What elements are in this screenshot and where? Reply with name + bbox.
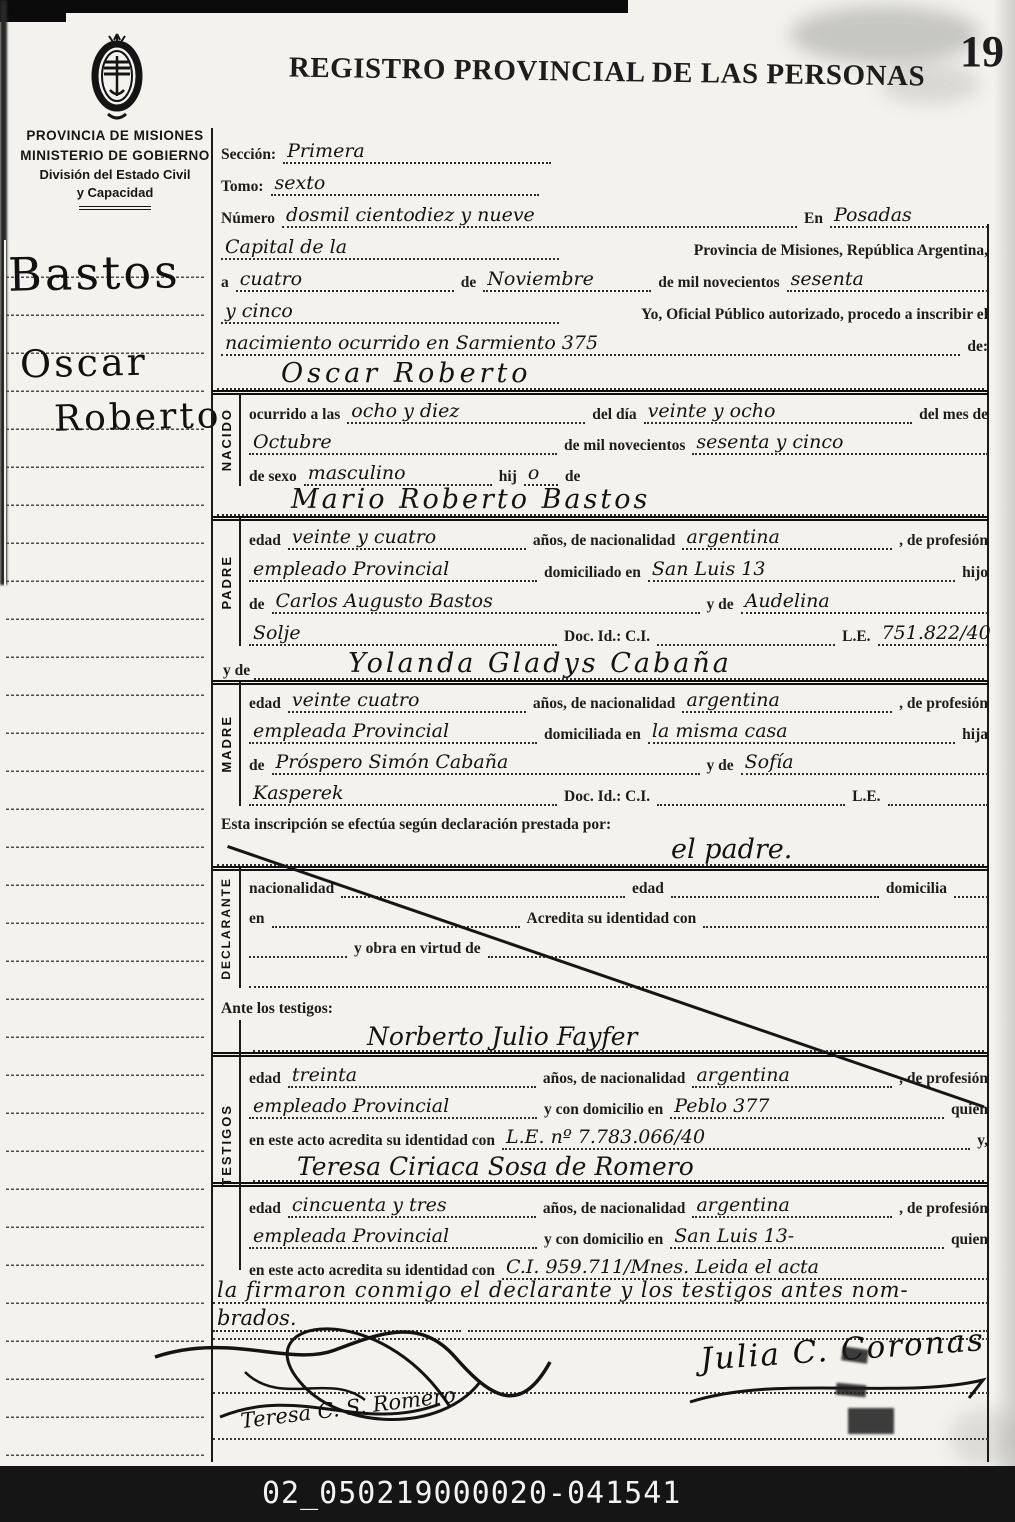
fecha-row: a cuatro de Noviembre de mil novecientos… [213, 260, 988, 292]
abuela-value: Sofía [745, 753, 794, 772]
declarante-label: DECLARANTE [219, 877, 233, 980]
nacionalidad-label: años, de nacionalidad [533, 532, 676, 550]
anio-field: sesenta [787, 270, 988, 292]
profesion-value: empleado Provincial [253, 1097, 449, 1116]
edad-field: veinte y cuatro [288, 528, 526, 550]
nacionalidad-field: argentina [692, 1196, 892, 1218]
testigo2-nombre: Teresa Ciriaca Sosa de Romero [297, 1154, 694, 1179]
doc-label: Doc. Id.: C.I. [564, 788, 650, 806]
abuelo-value: Próspero Simón Cabaña [276, 753, 509, 772]
numero-value: dosmil cientodiez y nueve [286, 206, 535, 225]
madre-doc-row: Kasperek Doc. Id.: C.I. L.E. [213, 775, 988, 806]
abuela-field: Sofía [741, 753, 988, 775]
tomo-field: sexto [271, 174, 539, 196]
edad-value: veinte y cuatro [292, 528, 436, 547]
testigos-label: TESTIGOS [219, 1104, 234, 1186]
testigo1-identidad-row: en este acto acredita su identidad con L… [213, 1119, 988, 1150]
padre-edad-row: edad veinte y cuatro años, de nacionalid… [213, 518, 988, 550]
footer-code: 02_050219000020-041541 [262, 1466, 681, 1522]
scan-shadow-right [993, 0, 1015, 1522]
padre-label: PADRE [219, 555, 234, 610]
anio-value: sesenta [791, 270, 864, 289]
padre-doc-row: Solje Doc. Id.: C.I. L.E. 751.822/40 [213, 614, 988, 646]
virtud-label: y obra en virtud de [354, 940, 481, 958]
nacionalidad-field: argentina [692, 1066, 892, 1088]
edad-label: edad [249, 1200, 281, 1218]
madre-domicilio-row: empleada Provincial domiciliada en la mi… [213, 713, 988, 744]
dia-value: veinte y ocho [648, 402, 776, 421]
abuela-cont-field: Solje [249, 624, 557, 646]
ante-label: Ante los testigos: [221, 1000, 333, 1018]
ci-blank-field [657, 643, 835, 646]
oficial-row: y cinco Yo, Oficial Público autorizado, … [213, 292, 988, 324]
declarante-field: el padre. [217, 836, 984, 866]
y-de-label: y de [707, 596, 734, 614]
abuelo-field: Próspero Simón Cabaña [272, 753, 700, 775]
hij-value: o [528, 464, 539, 483]
de-label: de [249, 757, 265, 775]
abuela-field: Audelina [741, 592, 988, 614]
profesion-value: empleado Provincial [253, 560, 449, 579]
novecientos-label: de mil novecientos [564, 437, 685, 455]
lugar-field: Posadas [830, 206, 988, 228]
mes-field: Noviembre [483, 270, 651, 292]
ci-blank-field [657, 803, 845, 806]
abuela-cont-field: Kasperek [249, 784, 557, 806]
nacionalidad-field: argentina [682, 691, 892, 713]
edad-field: cincuenta y tres [288, 1196, 536, 1218]
scanned-birth-certificate: 19 REGISTRO PROVINCIAL DE LAS PERSONAS P… [0, 0, 1015, 1522]
numero-label: Número [221, 210, 275, 228]
cierre-linea1: la firmaron conmigo el declarante y los … [217, 1280, 909, 1301]
hija-label: hija [962, 726, 988, 744]
profesion-label: , de profesión [899, 1070, 988, 1088]
madre-nombre: Yolanda Gladys Cabaña [348, 650, 732, 677]
nacido-section: NACIDO ocurrido a las ocho y diez del dí… [213, 393, 988, 486]
seccion-field: Primera [283, 142, 551, 164]
testigos-section: TESTIGOS Norberto Julio Fayfer edad trei… [213, 1020, 988, 1270]
en-label: en [249, 910, 265, 928]
profesion-field: empleado Provincial [249, 1097, 537, 1119]
testigo1-edad-row: edad treinta años, de nacionalidad argen… [213, 1057, 988, 1088]
domicilio-field: la misma casa [648, 722, 955, 744]
testigo2-name-field: Teresa Ciriaca Sosa de Romero [253, 1154, 984, 1182]
ante-row: Ante los testigos: [213, 996, 988, 1018]
domicilio-label: y con domicilio en [544, 1231, 663, 1249]
dia-field: veinte y ocho [644, 402, 912, 424]
extra-blank [249, 985, 988, 988]
nacionalidad-value: argentina [686, 691, 779, 710]
profesion-field: empleado Provincial [249, 560, 537, 582]
nacionalidad-label: nacionalidad [249, 880, 334, 898]
profesion-field: empleada Provincial [249, 722, 537, 744]
nacionalidad-value: argentina [696, 1196, 789, 1215]
capital-value: Capital de la [225, 238, 347, 257]
domicilia-label: domicilia [886, 880, 947, 898]
anio-cont-field: y cinco [221, 302, 559, 324]
provincia-label: Provincia de Misiones, República Argenti… [694, 242, 988, 260]
hora-field: ocho y diez [347, 402, 585, 424]
testigos-label-strip: TESTIGOS [213, 1020, 241, 1270]
hecho-row: nacimiento ocurrido en Sarmiento 375 de: [213, 324, 988, 356]
edad-field: veinte cuatro [288, 691, 526, 713]
madre-label-strip: MADRE [213, 682, 241, 806]
le-value: 751.822/40 [882, 624, 991, 643]
dia-value: cuatro [240, 270, 302, 289]
nacido-sexo-row: de sexo masculino hij o de [213, 455, 988, 486]
edad-label: edad [249, 532, 281, 550]
abuela-cont-value: Solje [253, 624, 301, 643]
hij-field: o [524, 464, 558, 486]
nacido-label-strip: NACIDO [213, 393, 241, 486]
abuela-cont-value: Kasperek [253, 784, 344, 803]
page-number: 19 [960, 26, 1004, 77]
oficial-label: Yo, Oficial Público autorizado, procedo … [641, 306, 988, 324]
lugar-value: Posadas [834, 206, 912, 225]
padre-name-field: Mario Roberto Bastos [217, 486, 984, 516]
intro-row: Esta inscripción se efectúa según declar… [213, 810, 988, 834]
double-underline [79, 206, 151, 210]
madre-name-row: y de Yolanda Gladys Cabaña [213, 648, 988, 685]
declarante-label-strip: DECLARANTE [213, 868, 241, 988]
org-name: PROVINCIA DE MISIONES [16, 126, 214, 146]
mes-field: Octubre [249, 433, 557, 455]
virtud-blank [488, 955, 988, 958]
de-label: de [461, 274, 477, 292]
doc-value: L.E. nº 7.783.066/40 [506, 1128, 705, 1147]
profesion-value: empleada Provincial [253, 1227, 449, 1246]
tomo-label: Tomo: [221, 178, 264, 196]
sexo-label: de sexo [249, 468, 297, 486]
sexo-value: masculino [308, 464, 406, 483]
tomo-row: Tomo: sexto [213, 164, 988, 196]
declarante-identidad-row: en Acredita su identidad con [213, 898, 988, 928]
padre-section: PADRE edad veinte y cuatro años, de naci… [213, 518, 988, 646]
hijo-label: hijo [962, 564, 988, 582]
testigos-heading: Ante los testigos: [213, 996, 988, 1018]
capital-row: Capital de la Provincia de Misiones, Rep… [213, 228, 988, 260]
capital-field: Capital de la [221, 238, 559, 260]
domicilio-value: San Luis 13- [674, 1227, 794, 1246]
cierre-field1: la firmaron conmigo el declarante y los … [213, 1280, 988, 1304]
le-blank-field [888, 803, 988, 806]
margin-surname: Bastos [8, 248, 182, 298]
declaracion-intro: Esta inscripción se efectúa según declar… [213, 810, 988, 834]
hora-value: ocho y diez [351, 402, 459, 421]
padre-label-strip: PADRE [213, 518, 241, 646]
argentina-coat-of-arms-icon [84, 28, 150, 128]
abuelo-field: Carlos Augusto Bastos [272, 592, 700, 614]
quien-label: quien [951, 1101, 988, 1119]
seccion-value: Primera [287, 142, 365, 161]
anio-field: sesenta y cinco [692, 433, 988, 455]
testigo1-nombre: Norberto Julio Fayfer [367, 1024, 637, 1049]
padre-abuelos-row: de Carlos Augusto Bastos y de Audelina [213, 582, 988, 614]
nacido-hora-row: ocurrido a las ocho y diez del día veint… [213, 393, 988, 424]
acredita-label: Acredita su identidad con [527, 910, 697, 928]
tomo-value: sexto [275, 174, 326, 193]
testigo2-name-row: Teresa Ciriaca Sosa de Romero [213, 1150, 988, 1187]
nacionalidad-label: años, de nacionalidad [543, 1070, 686, 1088]
ink-smudge [848, 1408, 894, 1434]
edad-blank [671, 895, 879, 898]
edad-field: treinta [288, 1066, 536, 1088]
edad-label: edad [249, 695, 281, 713]
de-final-label: de: [967, 338, 988, 356]
le-label: L.E. [852, 788, 880, 806]
cierre-row1: la firmaron conmigo el declarante y los … [205, 1274, 988, 1304]
inscripto-nombre: Oscar Roberto [281, 360, 532, 387]
nacionalidad-field: argentina [682, 528, 892, 550]
scan-edge-corner [0, 0, 66, 22]
declarante-name-row: el padre. [213, 836, 988, 871]
domicilio-value: la misma casa [652, 722, 788, 741]
padre-nombre: Mario Roberto Bastos [291, 486, 650, 513]
testigo1-name-field: Norberto Julio Fayfer [253, 1024, 984, 1052]
intro-label: Esta inscripción se efectúa según declar… [221, 816, 611, 834]
testigo2-domicilio-row: empleada Provincial y con domicilio en S… [213, 1218, 988, 1249]
profesion-label: , de profesión [899, 695, 988, 713]
declarante-virtud-row: y obra en virtud de [213, 928, 988, 958]
domicilio-field: Peblo 377 [670, 1097, 944, 1119]
scan-stain [790, 6, 980, 64]
declarante-section: DECLARANTE nacionalidad edad domicilia e… [213, 868, 988, 988]
en-label: En [804, 210, 823, 228]
acredita-label: en este acto acredita su identidad con [249, 1132, 495, 1150]
domicilio-field: San Luis 13- [670, 1227, 944, 1249]
declarante-value: el padre. [671, 836, 792, 863]
domicilio-value: San Luis 13 [652, 560, 766, 579]
profesion-label: , de profesión [899, 1200, 988, 1218]
nacido-mes-row: Octubre de mil novecientos sesenta y cin… [213, 424, 988, 455]
domicilio-label: domiciliada en [544, 726, 641, 744]
madre-abuelos-row: de Próspero Simón Cabaña y de Sofía [213, 744, 988, 775]
madre-label: MADRE [219, 715, 234, 773]
domicilio-label: y con domicilio en [544, 1101, 663, 1119]
nacido-label: NACIDO [219, 408, 234, 471]
domicilio-label: domiciliado en [544, 564, 641, 582]
a-label: a [221, 274, 229, 292]
nacionalidad-blank [341, 895, 625, 898]
edad-label: edad [249, 1070, 281, 1088]
margin-given-name: Roberto [54, 398, 222, 437]
nacionalidad-value: argentina [696, 1066, 789, 1085]
inscripto-field: Oscar Roberto [217, 360, 984, 390]
padre-domicilio-row: empleado Provincial domiciliado en San L… [213, 550, 988, 582]
testigo2-edad-row: edad cincuenta y tres años, de nacionali… [213, 1187, 988, 1218]
mes-label: del mes de [919, 406, 988, 424]
sexo-field: masculino [304, 464, 492, 486]
org-name: MINISTERIO DE GOBIERNO [16, 146, 214, 166]
signature-scribble [150, 1312, 600, 1442]
seccion-row: Sección: Primera [213, 132, 988, 164]
doc-label: Doc. Id.: C.I. [564, 628, 650, 646]
footer-code-bar: 02_050219000020-041541 [0, 1466, 1015, 1522]
madre-edad-row: edad veinte cuatro años, de nacionalidad… [213, 682, 988, 713]
profesion-label: , de profesión [899, 532, 988, 550]
madre-section: MADRE edad veinte cuatro años, de nacion… [213, 682, 988, 806]
abuela-value: Audelina [745, 592, 830, 611]
testigo1-name-row: Norberto Julio Fayfer [213, 1020, 988, 1057]
numero-row: Número dosmil cientodiez y nueve En Posa… [213, 196, 988, 228]
edad-value: treinta [292, 1066, 357, 1085]
anio-value: sesenta y cinco [696, 433, 843, 452]
madre-name-field: Yolanda Gladys Cabaña [254, 650, 984, 680]
nacionalidad-label: años, de nacionalidad [533, 695, 676, 713]
domicilia-blank [954, 895, 988, 898]
profesion-value: empleada Provincial [253, 722, 449, 741]
edad-value: cincuenta y tres [292, 1196, 447, 1215]
anio-cont-value: y cinco [225, 302, 293, 321]
virtud-pre-blank [249, 955, 347, 958]
novecientos-label: de mil novecientos [658, 274, 779, 292]
padre-name-row: Mario Roberto Bastos [213, 486, 988, 521]
hora-label: ocurrido a las [249, 406, 340, 424]
margin-given-name: Oscar [20, 343, 149, 384]
acredita-blank [703, 925, 988, 928]
en-blank [272, 925, 520, 928]
ink-smudge [836, 1383, 867, 1398]
issuing-office-block: PROVINCIA DE MISIONES MINISTERIO DE GOBI… [16, 126, 214, 210]
inscripto-name-row: Oscar Roberto [213, 358, 988, 395]
org-division: y Capacidad [16, 184, 214, 202]
testigo1-domicilio-row: empleado Provincial y con domicilio en P… [213, 1088, 988, 1119]
dia-field: cuatro [236, 270, 454, 292]
hecho-value: nacimiento ocurrido en Sarmiento 375 [225, 334, 598, 353]
domicilio-value: Peblo 377 [674, 1097, 769, 1116]
le-field: 751.822/40 [878, 624, 988, 646]
edad-label: edad [632, 880, 664, 898]
de-label: de [249, 596, 265, 614]
domicilio-field: San Luis 13 [648, 560, 955, 582]
le-label: L.E. [842, 628, 870, 646]
hecho-field: nacimiento ocurrido en Sarmiento 375 [221, 334, 960, 356]
y-de-label: y de [223, 662, 250, 680]
seccion-label: Sección: [221, 146, 276, 164]
profesion-field: empleada Provincial [249, 1227, 537, 1249]
y-label: y, [977, 1132, 988, 1150]
quien-label: quien [951, 1231, 988, 1249]
scan-edge-top [0, 0, 628, 13]
y-de-label: y de [707, 757, 734, 775]
doc-field: L.E. nº 7.783.066/40 [502, 1128, 970, 1150]
abuelo-value: Carlos Augusto Bastos [276, 592, 493, 611]
dia-label: del día [592, 406, 636, 424]
mes-value: Noviembre [487, 270, 594, 289]
edad-value: veinte cuatro [292, 691, 420, 710]
org-division: División del Estado Civil [16, 166, 214, 184]
nacionalidad-value: argentina [686, 528, 779, 547]
numero-field: dosmil cientodiez y nueve [282, 206, 797, 228]
registro-section: Sección: Primera Tomo: sexto Número dosm… [213, 132, 988, 356]
mes-value: Octubre [253, 433, 332, 452]
nacionalidad-label: años, de nacionalidad [543, 1200, 686, 1218]
